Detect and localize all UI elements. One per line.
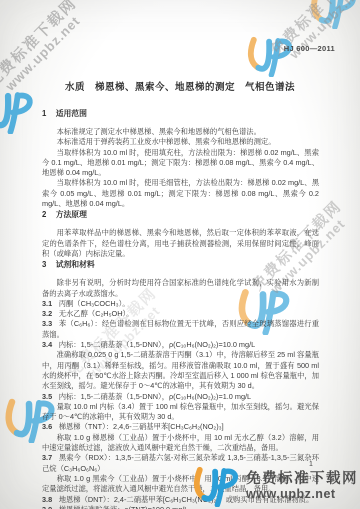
section-heading: 3试剂和材料 bbox=[42, 259, 319, 270]
item-number: 3.4 bbox=[42, 340, 52, 349]
footer-site-name: 免费标准下载网 bbox=[246, 472, 358, 487]
upbz-watermark-logo bbox=[243, 36, 297, 77]
item-detail: 称取 1.0 g 梯恩梯（工业品）置于小烧杯中，用 10 ml 无水乙醇（3.2… bbox=[42, 433, 319, 454]
item-number: 3.3 bbox=[42, 319, 52, 328]
item-text: 内标：1,5-二硝基萘（1,5-DNN），ρ(C₁₀H₆(NO₂)₂)=1.0 … bbox=[59, 392, 251, 401]
document-page: 免费标准下载网 www.upbz.net 免费标准下载网 www.upbz.ne… bbox=[0, 0, 360, 509]
footer-brand: 免费标准下载网 www.upbz.net bbox=[189, 466, 358, 507]
item-number: 3.5 bbox=[42, 392, 52, 401]
section-title: 试剂和材料 bbox=[56, 260, 95, 269]
standard-code: HJ 600—2011 bbox=[284, 44, 335, 53]
document-body: 1适用范围 本标准规定了测定水中梯恩梯、黑索今和地恩梯的气相色谱法。 本标准适用… bbox=[42, 108, 319, 509]
section-title: 方法原理 bbox=[56, 210, 87, 219]
footer-site-url: www.upbz.net bbox=[246, 488, 358, 501]
paragraph: 本标准规定了测定水中梯恩梯、黑索今和地恩梯的气相色谱法。 bbox=[42, 127, 319, 137]
upbz-watermark-logo bbox=[0, 90, 38, 134]
item-text: 内标：1,5-二硝基萘（1,5-DNN），ρ(C₁₀H₆(NO₂)₂)=10.0… bbox=[59, 340, 255, 349]
watermark-site-name: 免费标准下载网 bbox=[0, 0, 80, 91]
section-title: 适用范围 bbox=[56, 109, 87, 118]
item-number: 3.2 bbox=[42, 309, 52, 318]
section-principle: 2方法原理 用苯萃取样品中的梯恩梯、黑索今和地恩梯，然后取一定体积的苯萃取液，在… bbox=[42, 209, 319, 259]
upbz-logo-icon bbox=[189, 466, 243, 507]
item-text: 梯恩梯（TNT）：2,4,6-三硝基甲苯[CH₃C₆H₂(NO₂)₃] bbox=[59, 422, 224, 431]
paragraph: 当取样体积为 10.0 ml 时，使用填充柱，方法检出限为：梯恩梯 0.02 m… bbox=[42, 148, 319, 179]
item-number: 3.6 bbox=[42, 422, 52, 431]
item-number: 3.7 bbox=[42, 453, 52, 462]
document-title: 水质 梯恩梯、黑索今、地恩梯的测定 气相色谱法 bbox=[0, 79, 360, 93]
item-number: 3.1 bbox=[42, 299, 52, 308]
paragraph: 当取样体积为 10.0 ml 时，使用毛细管柱，方法检出限为：梯恩梯 0.02 … bbox=[42, 178, 319, 209]
section-heading: 1适用范围 bbox=[42, 108, 319, 119]
reagent-item: 3.3苯（C₆H₆）：经色谱检测在目标物位置无干扰峰，否则应经全玻璃蒸馏器进行重… bbox=[42, 319, 319, 340]
watermark-site-url: www.upbz.net bbox=[280, 0, 360, 70]
item-text: 梯恩梯标准贮备液：ρ(TNT)=100.0 mg/L bbox=[59, 505, 189, 509]
footer-brand-text: 免费标准下载网 www.upbz.net bbox=[246, 472, 358, 500]
reagent-item: 3.5内标：1,5-二硝基萘（1,5-DNN），ρ(C₁₀H₆(NO₂)₂)=1… bbox=[42, 392, 319, 402]
reagent-item: 3.6梯恩梯（TNT）：2,4,6-三硝基甲苯[CH₃C₆H₂(NO₂)₃] bbox=[42, 422, 319, 432]
reagent-item: 3.2无水乙醇（C₂H₅OH）。 bbox=[42, 309, 319, 319]
item-number: 3.9 bbox=[42, 505, 52, 509]
item-detail: 量取 10.0 ml 内标（3.4）置于 100 ml 棕色容量瓶中，加水至刻线… bbox=[42, 402, 319, 423]
paragraph: 除非另有说明，分析时均使用符合国家标准的色谱纯化学试剂，实验用水为新制备的去离子… bbox=[42, 278, 319, 299]
paragraph: 用苯萃取样品中的梯恩梯、黑索今和地恩梯，然后取一定体积的苯萃取液，在选定的色谱条… bbox=[42, 228, 319, 259]
item-text: 无水乙醇（C₂H₅OH）。 bbox=[59, 309, 134, 318]
item-number: 3.8 bbox=[42, 495, 52, 504]
watermark-text: 免费标准下载网 www.upbz.net bbox=[268, 0, 360, 70]
section-heading: 2方法原理 bbox=[42, 209, 319, 220]
paragraph: 本标准适用于弹药装药工业废水中梯恩梯、黑索今和地恩梯的测定。 bbox=[42, 137, 319, 147]
item-text: 苯（C₆H₆）：经色谱检测在目标物位置无干扰峰，否则应经全玻璃蒸馏器进行重蒸馏。 bbox=[42, 319, 319, 338]
section-number: 3 bbox=[42, 260, 46, 269]
reagent-item: 3.1丙酮（CH₃COCH₃）。 bbox=[42, 299, 319, 309]
item-detail: 准确称取 0.025 0 g 1,5-二硝基萘溶于丙酮（3.1）中，待溶解后移至… bbox=[42, 350, 319, 391]
section-scope: 1适用范围 本标准规定了测定水中梯恩梯、黑索今和地恩梯的气相色谱法。 本标准适用… bbox=[42, 108, 319, 209]
upbz-watermark-logo bbox=[306, 0, 360, 29]
reagent-item: 3.4内标：1,5-二硝基萘（1,5-DNN），ρ(C₁₀H₆(NO₂)₂)=1… bbox=[42, 340, 319, 350]
section-number: 1 bbox=[42, 109, 46, 118]
section-number: 2 bbox=[42, 210, 46, 219]
item-text: 丙酮（CH₃COCH₃）。 bbox=[59, 299, 130, 308]
